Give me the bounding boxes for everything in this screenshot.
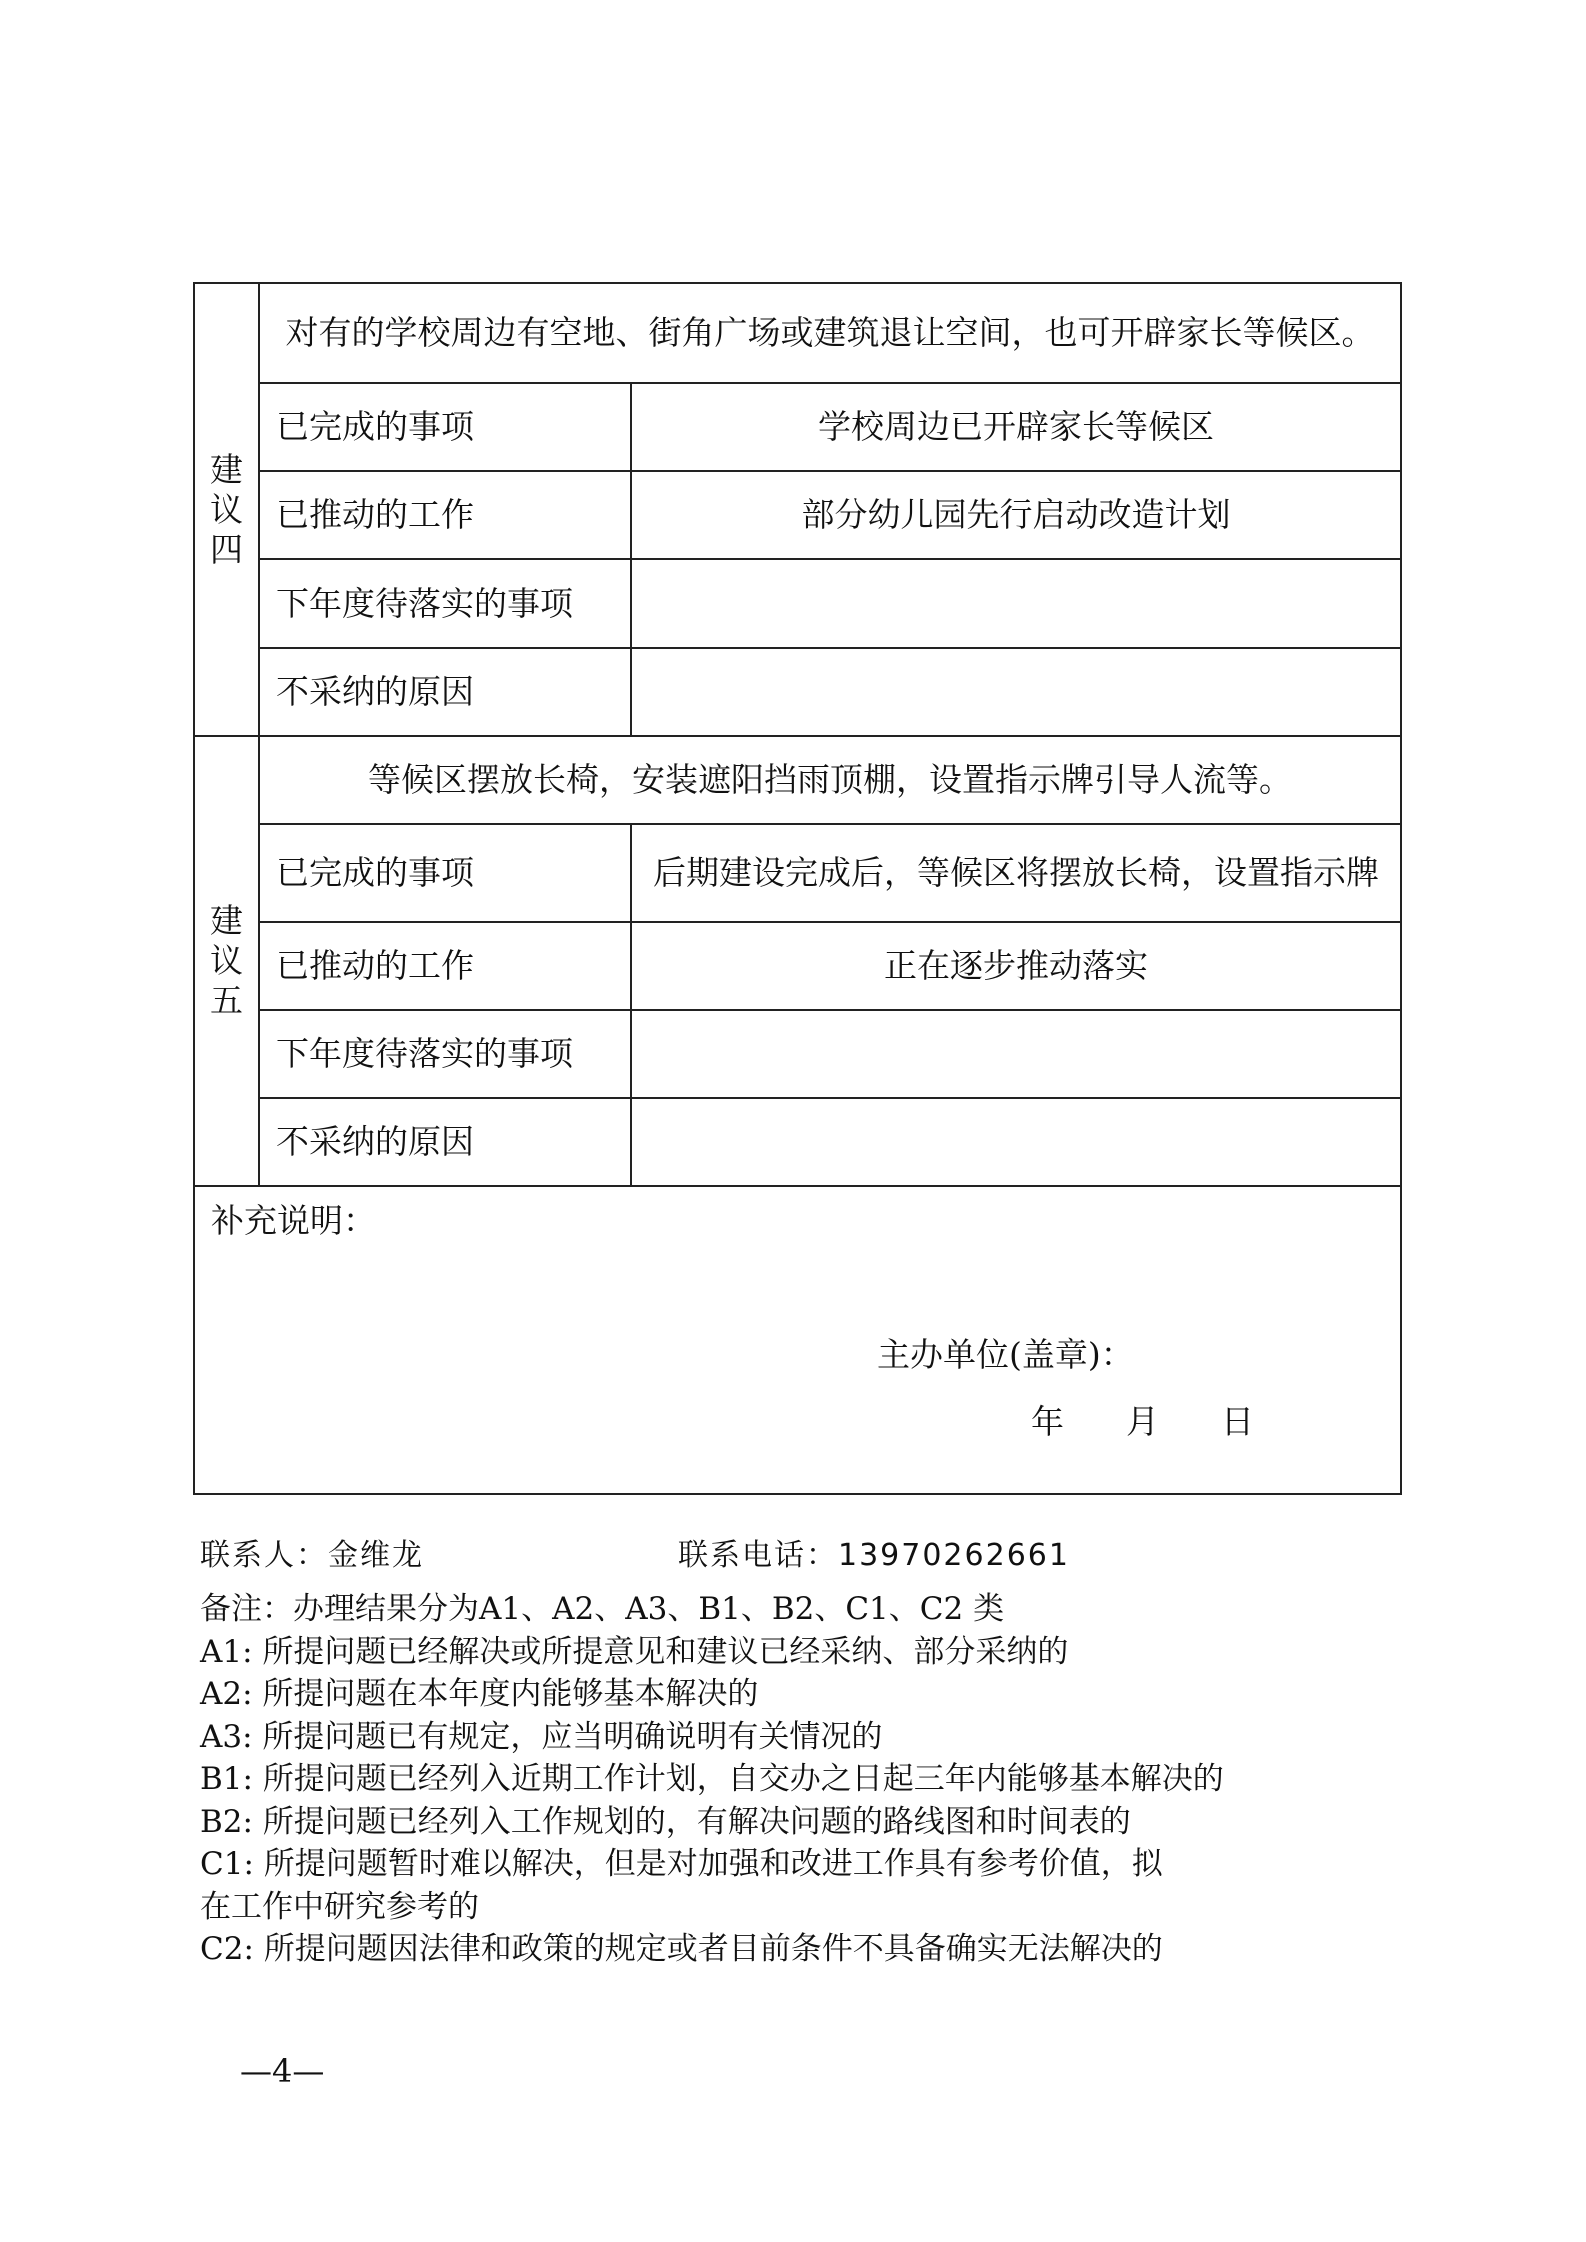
remarks-line: A2: 所提问题在本年度内能够基本解决的 (200, 1673, 1410, 1716)
suggestion-4-content: 对有的学校周边有空地、街角广场或建筑退让空间，也可开辟家长等候区。 (259, 283, 1401, 383)
item-value: 正在逐步推动落实 (631, 922, 1401, 1010)
label-char: 四 (195, 530, 258, 570)
table-row: 已推动的工作 部分幼儿园先行启动改造计划 (194, 471, 1401, 559)
remarks-line: 在工作中研究参考的 (200, 1886, 1410, 1929)
remarks-line: A1: 所提问题已经解决或所提意见和建议已经采纳、部分采纳的 (200, 1631, 1410, 1674)
suggestion-4-content-row: 建 议 四 对有的学校周边有空地、街角广场或建筑退让空间，也可开辟家长等候区。 (194, 283, 1401, 383)
item-value: 后期建设完成后，等候区将摆放长椅，设置指示牌 (631, 824, 1401, 922)
contact-phone: 联系电话：13970262661 (678, 1530, 1070, 1574)
item-value (631, 559, 1401, 648)
table-row: 已完成的事项 后期建设完成后，等候区将摆放长椅，设置指示牌 (194, 824, 1401, 922)
date-day: 日 (1221, 1402, 1254, 1442)
item-label: 已推动的工作 (259, 471, 631, 559)
item-label: 下年度待落实的事项 (259, 559, 631, 648)
label-char: 五 (195, 981, 258, 1021)
label-char: 议 (195, 941, 258, 981)
remarks-line: 备注：办理结果分为A1、A2、A3、B1、B2、C1、C2 类 (200, 1588, 1410, 1631)
remarks: 备注：办理结果分为A1、A2、A3、B1、B2、C1、C2 类 A1: 所提问题… (200, 1588, 1410, 1971)
notes-row: 补充说明： 主办单位(盖章)： 年月日 (194, 1186, 1401, 1494)
item-label: 不采纳的原因 (259, 1098, 631, 1186)
date-month: 月 (1126, 1402, 1159, 1442)
item-label: 已完成的事项 (259, 383, 631, 471)
table-row: 不采纳的原因 (194, 1098, 1401, 1186)
contact-person: 联系人：金维龙 (200, 1530, 424, 1574)
date-year: 年 (1031, 1402, 1064, 1442)
item-label: 下年度待落实的事项 (259, 1010, 631, 1098)
item-value (631, 648, 1401, 736)
label-char: 建 (195, 450, 258, 490)
suggestion-4-label: 建 议 四 (194, 283, 259, 736)
sign-organization: 主办单位(盖章)： (877, 1335, 1134, 1375)
table-row: 下年度待落实的事项 (194, 559, 1401, 648)
notes-cell: 补充说明： 主办单位(盖章)： 年月日 (194, 1186, 1401, 1494)
item-label: 已完成的事项 (259, 824, 631, 922)
item-label: 不采纳的原因 (259, 648, 631, 736)
remarks-line: B2: 所提问题已经列入工作规划的，有解决问题的路线图和时间表的 (200, 1801, 1410, 1844)
table-row: 已推动的工作 正在逐步推动落实 (194, 922, 1401, 1010)
item-label: 已推动的工作 (259, 922, 631, 1010)
table-row: 不采纳的原因 (194, 648, 1401, 736)
item-value (631, 1098, 1401, 1186)
suggestion-5-label: 建 议 五 (194, 736, 259, 1186)
item-value (631, 1010, 1401, 1098)
label-char: 议 (195, 490, 258, 530)
table-row: 下年度待落实的事项 (194, 1010, 1401, 1098)
label-char: 建 (195, 901, 258, 941)
remarks-line: C2: 所提问题因法律和政策的规定或者目前条件不具备确实无法解决的 (200, 1928, 1410, 1971)
sign-date: 年月日 (1031, 1402, 1316, 1442)
item-value: 部分幼儿园先行启动改造计划 (631, 471, 1401, 559)
page-number: —4— (240, 2052, 324, 2090)
suggestion-response-table: 建 议 四 对有的学校周边有空地、街角广场或建筑退让空间，也可开辟家长等候区。 … (193, 282, 1402, 1495)
remarks-line: B1: 所提问题已经列入近期工作计划，自交办之日起三年内能够基本解决的 (200, 1758, 1410, 1801)
remarks-line: A3: 所提问题已有规定，应当明确说明有关情况的 (200, 1716, 1410, 1759)
suggestion-5-content-row: 建 议 五 等候区摆放长椅，安装遮阳挡雨顶棚，设置指示牌引导人流等。 (194, 736, 1401, 824)
item-value: 学校周边已开辟家长等候区 (631, 383, 1401, 471)
remarks-line: C1: 所提问题暂时难以解决，但是对加强和改进工作具有参考价值，拟 (200, 1843, 1410, 1886)
table-row: 已完成的事项 学校周边已开辟家长等候区 (194, 383, 1401, 471)
suggestion-5-content: 等候区摆放长椅，安装遮阳挡雨顶棚，设置指示牌引导人流等。 (259, 736, 1401, 824)
notes-title: 补充说明： (211, 1201, 376, 1241)
